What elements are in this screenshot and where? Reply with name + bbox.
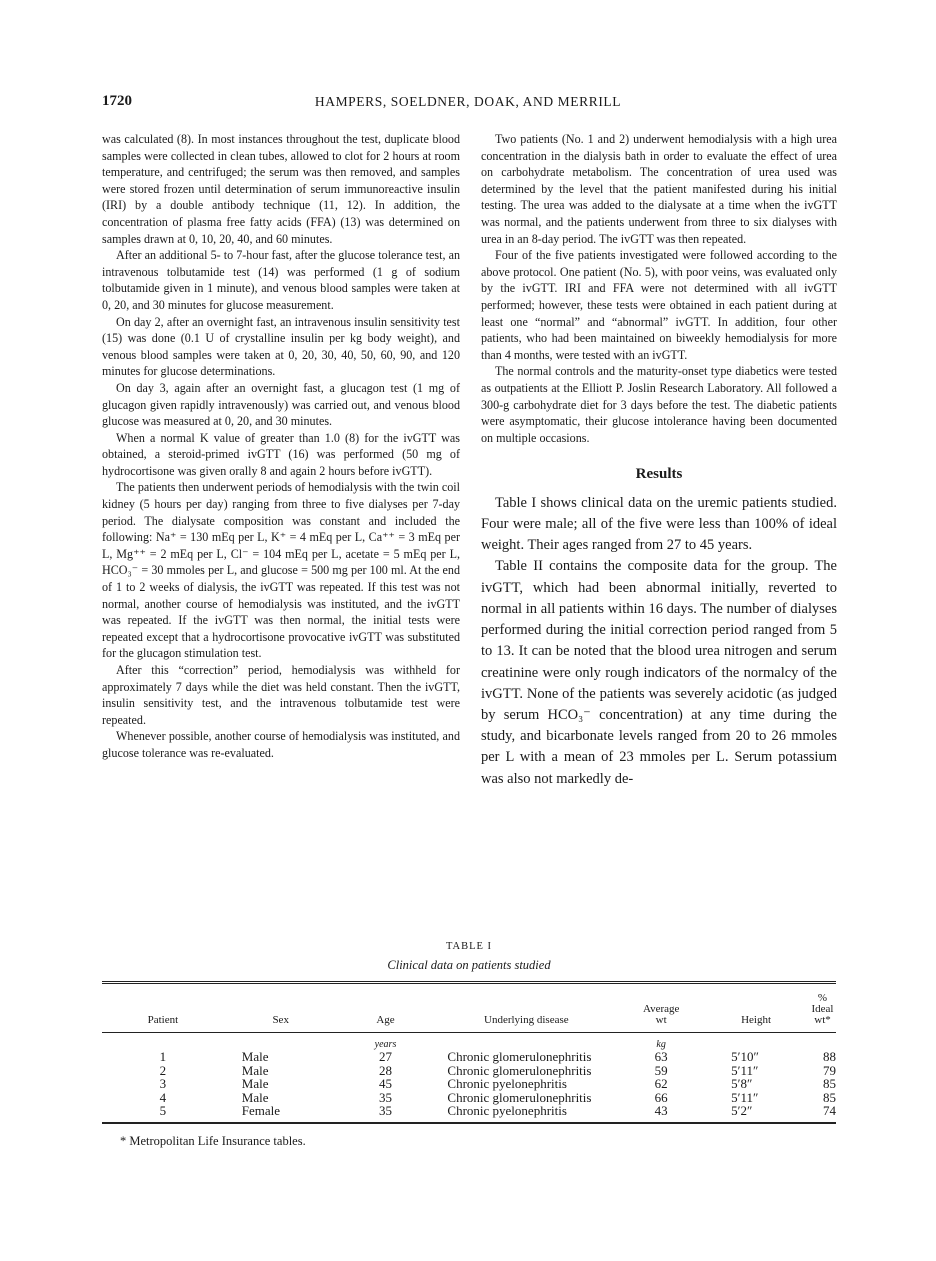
cell-sex: Male (224, 1077, 338, 1091)
header-ideal-wt-line1: % Ideal (809, 993, 836, 1015)
table-caption: Clinical data on patients studied (102, 958, 836, 973)
cell-disease: Chronic pyelonephritis (433, 1104, 619, 1123)
cell-disease: Chronic glomerulonephritis (433, 1064, 619, 1078)
cell-patient: 1 (102, 1050, 224, 1064)
left-column: was calculated (8). In most instances th… (102, 131, 460, 762)
section-heading-results: Results (481, 466, 837, 483)
cell-sex: Male (224, 1050, 338, 1064)
paragraph: The normal controls and the maturity-ons… (481, 363, 837, 446)
table-row: 2 Male 28 Chronic glomerulonephritis 59 … (102, 1064, 836, 1078)
cell-height: 5′11″ (703, 1064, 809, 1078)
table-1: TABLE I Clinical data on patients studie… (102, 941, 836, 1149)
running-header: 1720 HAMPERS, SOELDNER, DOAK, AND MERRIL… (102, 93, 834, 113)
header-ideal-wt: % Ideal wt* (809, 984, 836, 1033)
header-height: Height (703, 984, 809, 1033)
cell-wt: 59 (619, 1064, 703, 1078)
paragraph: Table I shows clinical data on the uremi… (481, 493, 837, 557)
cell-wt: 66 (619, 1091, 703, 1105)
cell-age: 45 (338, 1077, 434, 1091)
cell-sex: Male (224, 1064, 338, 1078)
cell-sex: Female (224, 1104, 338, 1123)
paragraph: After this “correction” period, hemodial… (102, 662, 460, 728)
cell-ideal-wt: 74 (809, 1104, 836, 1123)
cell-height: 5′8″ (703, 1077, 809, 1091)
table-label: TABLE I (102, 941, 836, 952)
cell-patient: 4 (102, 1091, 224, 1105)
cell-height: 5′11″ (703, 1091, 809, 1105)
cell-patient: 2 (102, 1064, 224, 1078)
cell-age: 35 (338, 1104, 434, 1123)
cell-age: 28 (338, 1064, 434, 1078)
table-row: 4 Male 35 Chronic glomerulonephritis 66 … (102, 1091, 836, 1105)
right-column: Two patients (No. 1 and 2) underwent hem… (481, 131, 837, 790)
cell-disease: Chronic glomerulonephritis (433, 1050, 619, 1064)
cell-ideal-wt: 79 (809, 1064, 836, 1078)
cell-age: 35 (338, 1091, 434, 1105)
cell-ideal-wt: 85 (809, 1091, 836, 1105)
cell-height: 5′2″ (703, 1104, 809, 1123)
cell-disease: Chronic pyelonephritis (433, 1077, 619, 1091)
results-section: Table I shows clinical data on the uremi… (481, 493, 837, 790)
clinical-data-table: Patient Sex Age Underlying disease Avera… (102, 981, 836, 1124)
header-average-wt: Average wt (619, 984, 703, 1033)
paragraph: On day 3, again after an overnight fast,… (102, 380, 460, 430)
cell-disease: Chronic glomerulonephritis (433, 1091, 619, 1105)
paragraph: When a normal K value of greater than 1.… (102, 430, 460, 480)
cell-ideal-wt: 88 (809, 1050, 836, 1064)
paragraph: Two patients (No. 1 and 2) underwent hem… (481, 131, 837, 247)
header-sex: Sex (224, 984, 338, 1033)
table-header-row: Patient Sex Age Underlying disease Avera… (102, 984, 836, 1033)
header-disease: Underlying disease (433, 984, 619, 1033)
paragraph: Four of the five patients investigated w… (481, 247, 837, 363)
cell-height: 5′10″ (703, 1050, 809, 1064)
table-footnote: * Metropolitan Life Insurance tables. (102, 1134, 836, 1149)
table-row: 1 Male 27 Chronic glomerulonephritis 63 … (102, 1050, 836, 1064)
paragraph: On day 2, after an overnight fast, an in… (102, 314, 460, 380)
cell-patient: 5 (102, 1104, 224, 1123)
table-row: 5 Female 35 Chronic pyelonephritis 43 5′… (102, 1104, 836, 1123)
paragraph: was calculated (8). In most instances th… (102, 131, 460, 247)
header-age: Age (338, 984, 434, 1033)
header-ideal-wt-line2: wt* (809, 1015, 836, 1026)
unit-kg: kg (619, 1033, 703, 1051)
cell-sex: Male (224, 1091, 338, 1105)
cell-patient: 3 (102, 1077, 224, 1091)
cell-ideal-wt: 85 (809, 1077, 836, 1091)
unit-years: years (338, 1033, 434, 1051)
paragraph: After an additional 5- to 7-hour fast, a… (102, 247, 460, 313)
paragraph: Table II contains the composite data for… (481, 556, 837, 789)
paragraph: The patients then underwent periods of h… (102, 479, 460, 662)
paragraph: Whenever possible, another course of hem… (102, 728, 460, 761)
running-head-authors: HAMPERS, SOELDNER, DOAK, AND MERRILL (102, 94, 834, 110)
cell-age: 27 (338, 1050, 434, 1064)
header-patient: Patient (102, 984, 224, 1033)
cell-wt: 63 (619, 1050, 703, 1064)
cell-wt: 62 (619, 1077, 703, 1091)
units-row: years kg (102, 1033, 836, 1051)
table-row: 3 Male 45 Chronic pyelonephritis 62 5′8″… (102, 1077, 836, 1091)
header-average-wt-line2: wt (619, 1015, 703, 1026)
cell-wt: 43 (619, 1104, 703, 1123)
